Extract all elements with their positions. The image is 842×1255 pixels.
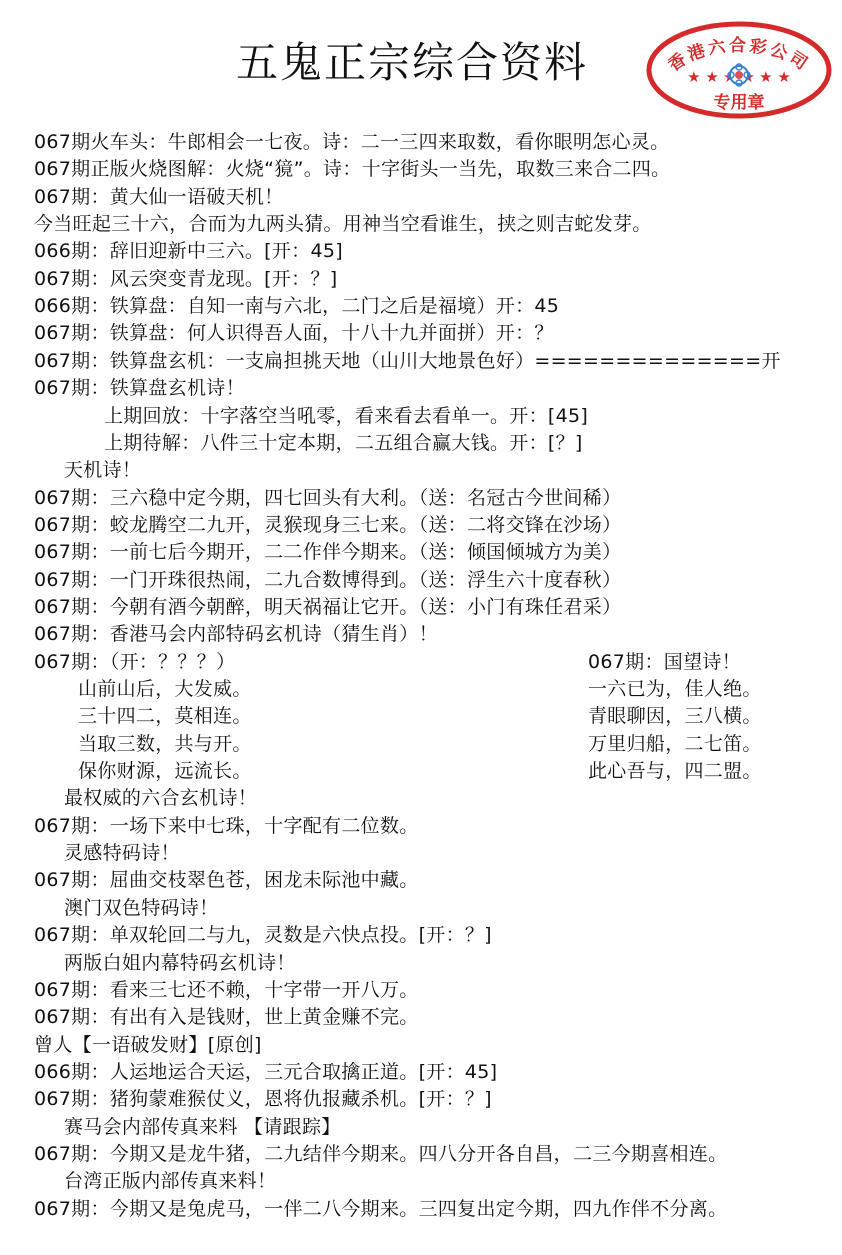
text-line: 067期：蛟龙腾空二九开，灵猴现身三七来。（送：二将交锋在沙场） <box>34 513 621 537</box>
side-poem-title: 067期：国望诗！ <box>588 650 741 674</box>
text-line: 067期：今期又是兔虎马，一伴二八今期来。三四复出定今期，四九作伴不分离。 <box>34 1197 727 1221</box>
svg-text:专用章: 专用章 <box>714 92 765 113</box>
text-line: 灵感特码诗！ <box>64 841 180 865</box>
stamp-seal-icon: 香港六合彩公司 ★ ★ ★ ★ ★ ★ 专用章 <box>645 20 833 120</box>
text-line: 最权威的六合玄机诗！ <box>64 786 257 810</box>
text-line: 当取三数，共与开。 <box>78 732 252 756</box>
text-line: 067期火车头：牛郎相会一七夜。诗：二一三四来取数，看你眼明怎心灵。 <box>34 130 669 154</box>
text-line: 067期：猪狗蒙难猴仗义，恩将仇报藏杀机。[开：？] <box>34 1087 492 1111</box>
text-line: 066期：辞旧迎新中三六。[开：45] <box>34 239 343 263</box>
text-line: 067期：铁算盘玄机：一支扁担挑天地（山川大地景色好）=============… <box>34 349 781 373</box>
text-line: 两版白姐内幕特码玄机诗！ <box>64 951 296 975</box>
svg-text:★ ★: ★ ★ <box>687 68 719 86</box>
svg-text:★ ★: ★ ★ <box>759 68 791 86</box>
side-poem-line: 万里归船，二七笛。 <box>588 732 762 756</box>
text-line: 067期：风云突变青龙现。[开：？] <box>34 267 338 291</box>
text-line: 067期：屈曲交枝翠色苍，困龙未际池中藏。 <box>34 868 419 892</box>
text-line: 067期：今期又是龙牛猪，二九结伴今期来。四八分开各自昌，二三今期喜相连。 <box>34 1142 727 1166</box>
text-line: 三十四二，莫相连。 <box>78 704 252 728</box>
text-line: 067期：单双轮回二与九，灵数是六快点投。[开：？] <box>34 923 492 947</box>
text-line: 067期：一场下来中七珠，十字配有二位数。 <box>34 814 419 838</box>
text-line: 上期回放：十字落空当吼零，看来看去看单一。开：[45] <box>104 404 588 428</box>
text-line: 台湾正版内部传真来料！ <box>64 1169 276 1193</box>
text-line: 067期：（开：？？？） <box>34 650 235 674</box>
text-line: 067期：铁算盘：何人识得吾人面，十八十九并面拼）开：？ <box>34 321 554 345</box>
page-title: 五鬼正宗综合资料 <box>236 38 588 88</box>
text-line: 澳门双色特码诗！ <box>64 896 218 920</box>
text-line: 067期：黄大仙一语破天机！ <box>34 185 283 209</box>
text-line: 067期：香港马会内部特码玄机诗（猜生肖）！ <box>34 622 438 646</box>
side-poem-line: 此心吾与，四二盟。 <box>588 759 762 783</box>
side-poem-line: 一六已为，佳人绝。 <box>588 677 762 701</box>
company-stamp: 香港六合彩公司 ★ ★ ★ ★ ★ ★ 专用章 <box>645 20 833 120</box>
text-line: 天机诗！ <box>64 458 141 482</box>
side-poem-line: 青眼聊因，三八横。 <box>588 704 762 728</box>
text-line: 曾人【一语破发财】[原创] <box>34 1033 262 1057</box>
text-line: 067期：一前七后今期开，二二作伴今期来。（送：倾国倾城方为美） <box>34 540 621 564</box>
text-line: 067期：今朝有酒今朝醉，明天祸福让它开。（送：小门有珠任君采） <box>34 595 621 619</box>
text-line: 赛马会内部传真来料 【请跟踪】 <box>64 1115 341 1139</box>
text-line: 今当旺起三十六，合而为九两头猜。用神当空看谁生，挟之则吉蛇发芽。 <box>34 212 652 236</box>
text-line: 067期：铁算盘玄机诗！ <box>34 376 245 400</box>
text-line: 067期：三六稳中定今期，四七回头有大利。（送：名冠古今世间稀） <box>34 486 621 510</box>
text-line: 066期：铁算盘：自知一南与六北，二门之后是福境）开：45 <box>34 294 559 318</box>
text-line: 067期：一门开珠很热闹，二九合数博得到。（送：浮生六十度春秋） <box>34 568 621 592</box>
text-line: 067期：看来三七还不赖，十字带一开八万。 <box>34 978 419 1002</box>
text-line: 067期正版火烧图解：火烧“獍”。诗：十字街头一当先，取数三来合二四。 <box>34 157 670 181</box>
text-line: 067期：有出有入是钱财，世上黄金赚不完。 <box>34 1005 419 1029</box>
text-line: 上期待解：八件三十定本期，二五组合赢大钱。开：[？] <box>104 431 583 455</box>
text-line: 保你财源，远流长。 <box>78 759 252 783</box>
text-line: 066期：人运地运合天运，三元合取擒正道。[开：45] <box>34 1060 497 1084</box>
text-line: 山前山后，大发威。 <box>78 677 252 701</box>
